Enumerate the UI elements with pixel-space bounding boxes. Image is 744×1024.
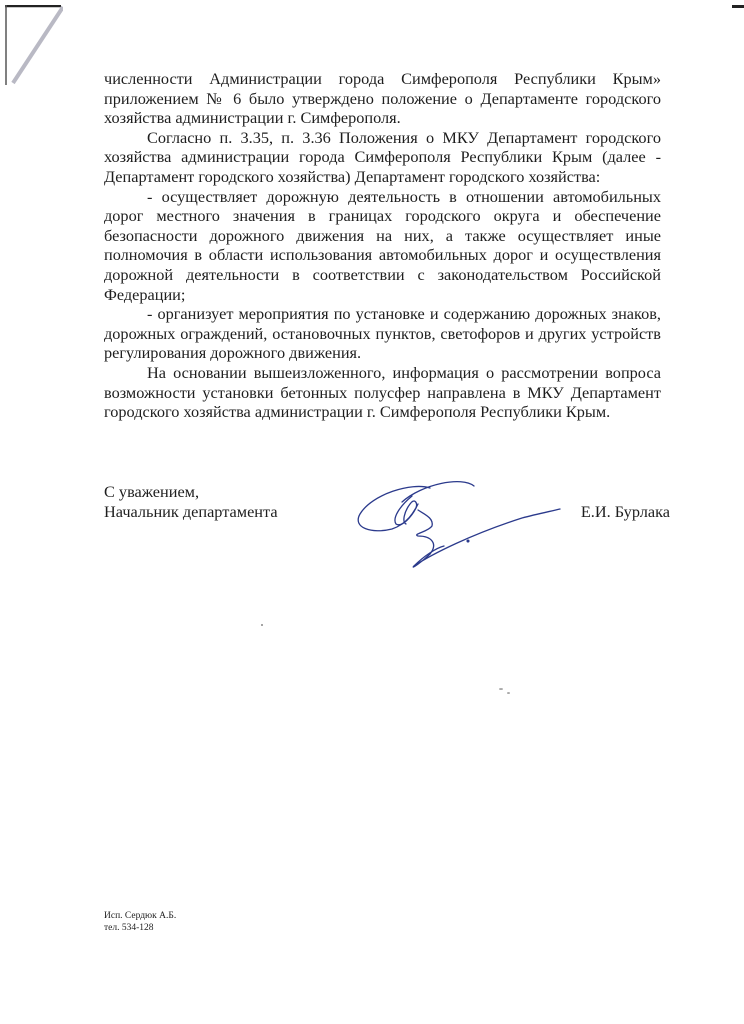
body-line-0: численности Администрации города Симферо…: [104, 69, 661, 89]
body-line-16: возможности установки бетонных полусфер …: [104, 383, 661, 403]
body-line-8: безопасности дорожного движения на них, …: [104, 226, 661, 246]
executor-phone: тел. 534-128: [104, 922, 176, 934]
signatory-position: Начальник департамента: [104, 502, 278, 522]
body-line-2: хозяйства администрации г. Симферополя.: [104, 108, 661, 128]
body-line-6: - осуществляет дорожную деятельность в о…: [104, 187, 661, 207]
scan-edge-mark: [732, 5, 744, 8]
scan-corner-artifact-icon: [5, 5, 63, 85]
body-line-10: дорожной деятельности в соответствии с з…: [104, 265, 661, 285]
executor-name: Исп. Сердюк А.Б.: [104, 910, 176, 922]
body-line-15: На основании вышеизложенного, информация…: [104, 363, 661, 383]
body-line-1: приложением № 6 было утверждено положени…: [104, 89, 661, 109]
body-line-13: дорожных ограждений, остановочных пункто…: [104, 324, 661, 344]
body-line-3: Согласно п. 3.35, п. 3.36 Положения о МК…: [104, 128, 661, 148]
body-line-7: дорог местного значения в границах город…: [104, 206, 661, 226]
signatory-name: Е.И. Бурлака: [581, 502, 670, 522]
executor-note: Исп. Сердюк А.Б. тел. 534-128: [104, 910, 176, 934]
scan-speck: [499, 688, 503, 690]
body-line-9: полномочия в области использования автом…: [104, 245, 661, 265]
body-line-11: Федерации;: [104, 285, 661, 305]
body-line-14: регулирования дорожного движения.: [104, 343, 661, 363]
handwritten-signature-icon: [352, 474, 562, 574]
body-line-17: городского хозяйства администрации г. Си…: [104, 402, 661, 422]
scan-speck: [261, 624, 263, 626]
body-line-5: Департамент городского хозяйства) Департ…: [104, 167, 661, 187]
body-line-12: - организует мероприятия по установке и …: [104, 304, 661, 324]
scan-speck: [507, 692, 510, 694]
body-line-4: хозяйства администрации города Симферопо…: [104, 147, 661, 167]
letter-body: численности Администрации города Симферо…: [104, 69, 661, 422]
